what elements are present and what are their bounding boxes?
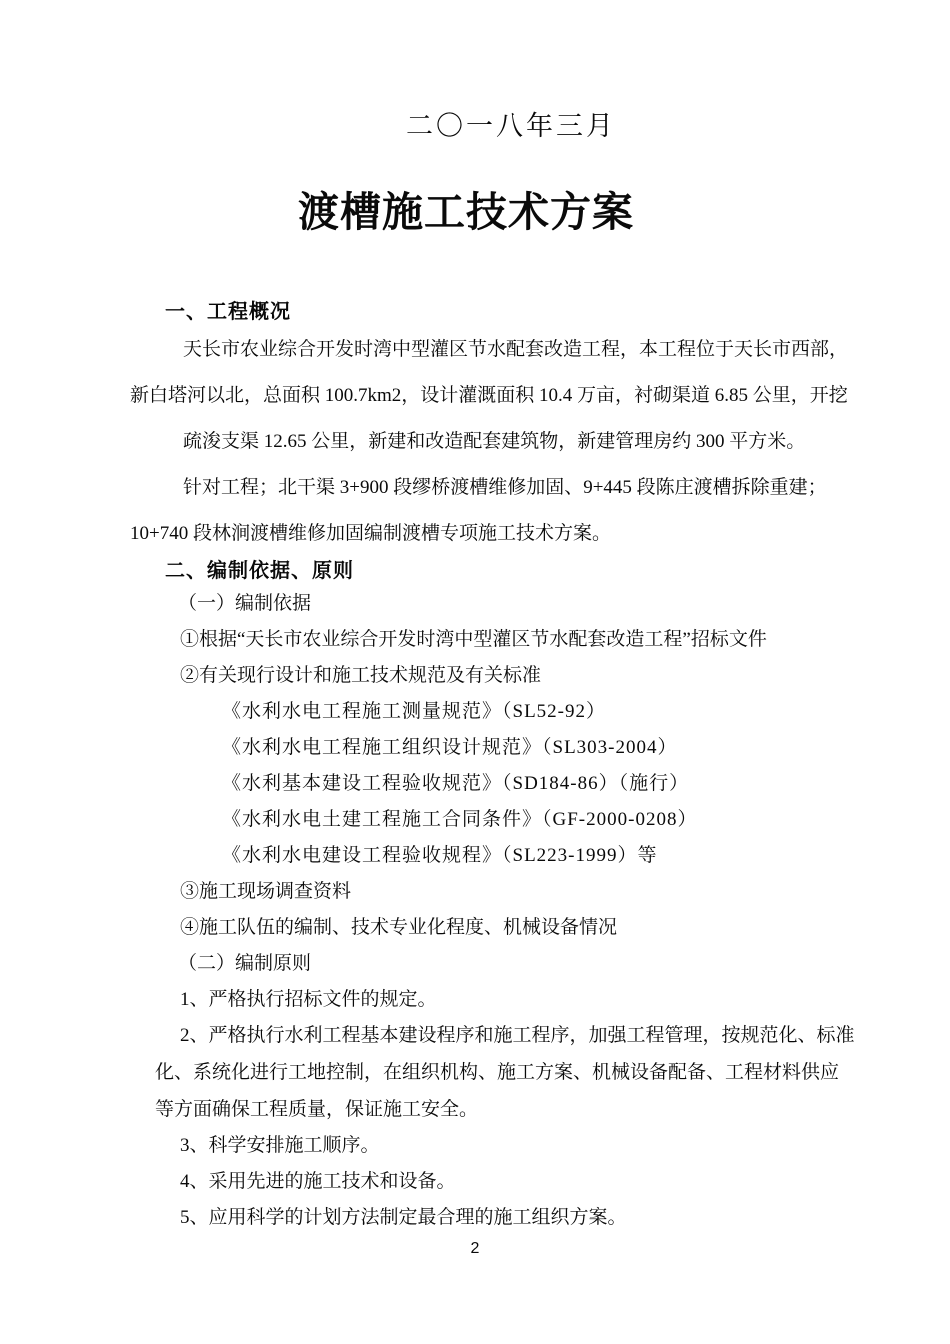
doc-line-para-cont: 新白塔河以北，总面积 100.7km2，设计灌溉面积 10.4 万亩，衬砌渠道 … — [130, 373, 950, 419]
doc-line-standard: 《水利水电土建工程施工合同条件》（GF-2000-0208） — [222, 802, 950, 838]
doc-line-standard: 《水利水电工程施工组织设计规范》（SL303-2004） — [222, 730, 950, 766]
page-number: 2 — [471, 1240, 480, 1257]
doc-line-para-first: 天长市农业综合开发时湾中型灌区节水配套改造工程，本工程位于天长市西部， — [183, 327, 950, 373]
doc-line-sub: （二）编制原则 — [178, 946, 950, 982]
doc-line-heading: 一、工程概况 — [165, 298, 950, 327]
doc-line-item: ①根据“天长市农业综合开发时湾中型灌区节水配套改造工程”招标文件 — [180, 622, 950, 658]
doc-line-item-cont: 等方面确保工程质量，保证施工安全。 — [155, 1091, 950, 1128]
doc-body: 一、工程概况天长市农业综合开发时湾中型灌区节水配套改造工程，本工程位于天长市西部… — [0, 298, 950, 1236]
doc-line-item: ④施工队伍的编制、技术专业化程度、机械设备情况 — [180, 910, 950, 946]
doc-line-para-first: 针对工程；北干渠 3+900 段缪桥渡槽维修加固、9+445 段陈庄渡槽拆除重建… — [183, 465, 950, 511]
doc-line-item: 2、严格执行水利工程基本建设程序和施工程序，加强工程管理，按规范化、标准 — [180, 1018, 950, 1054]
doc-line-item: ③施工现场调查资料 — [180, 874, 950, 910]
doc-line-sub: （一）编制依据 — [178, 586, 950, 622]
doc-line-item: 4、采用先进的施工技术和设备。 — [180, 1164, 950, 1200]
doc-line-item: 3、科学安排施工顺序。 — [180, 1128, 950, 1164]
doc-line-standard: 《水利水电建设工程验收规程》（SL223-1999）等 — [222, 838, 950, 874]
doc-line-heading: 二、编制依据、原则 — [165, 557, 950, 586]
doc-line-item: 5、应用科学的计划方法制定最合理的施工组织方案。 — [180, 1200, 950, 1236]
doc-title: 渡槽施工技术方案 — [0, 188, 941, 236]
doc-line-item: 1、严格执行招标文件的规定。 — [180, 982, 950, 1018]
doc-line-standard: 《水利水电工程施工测量规范》（SL52-92） — [222, 694, 950, 730]
doc-line-para-first: 疏浚支渠 12.65 公里，新建和改造配套建筑物，新建管理房约 300 平方米。 — [183, 419, 950, 465]
page-footer: 2 — [0, 1240, 950, 1258]
doc-line-para-cont: 10+740 段林涧渡槽维修加固编制渡槽专项施工技术方案。 — [130, 511, 950, 557]
doc-line-item-cont: 化、系统化进行工地控制，在组织机构、施工方案、机械设备配备、工程材料供应 — [155, 1054, 950, 1091]
doc-line-item: ②有关现行设计和施工技术规范及有关标准 — [180, 658, 950, 694]
doc-line-standard: 《水利基本建设工程验收规范》（SD184-86）（施行） — [222, 766, 950, 802]
doc-date-line: 二〇一八年三月 — [36, 108, 950, 144]
document-page: 二〇一八年三月 渡槽施工技术方案 一、工程概况天长市农业综合开发时湾中型灌区节水… — [0, 0, 950, 1344]
